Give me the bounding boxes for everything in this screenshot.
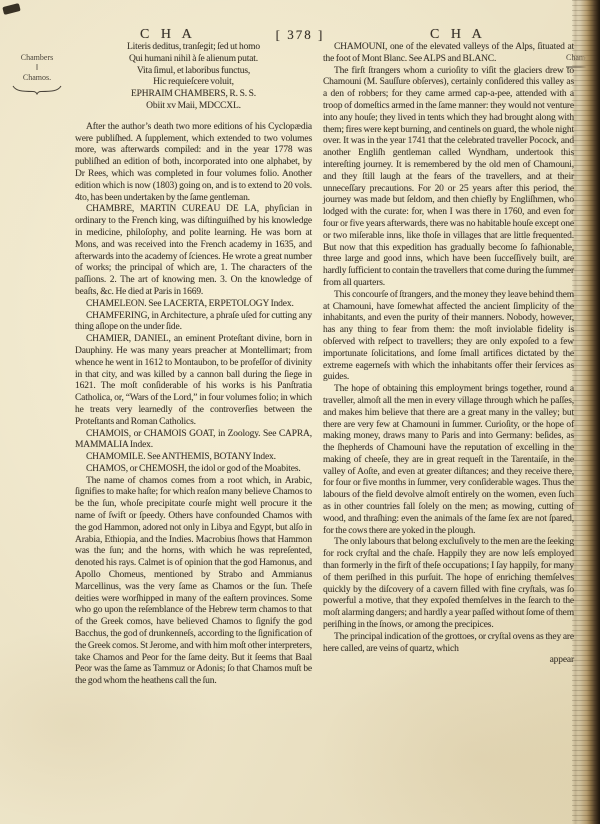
paragraph: CHAMOMILE. See ANTHEMIS, BOTANY Index. bbox=[75, 452, 312, 464]
left-column: Literis deditus, tranſegit; ſed ut homo … bbox=[75, 42, 312, 688]
epitaph-line: Hic requieſcere voluit, bbox=[75, 77, 312, 89]
paragraph: CHAMOUNI, one of the elevated valleys of… bbox=[323, 42, 574, 66]
paragraph: The firſt ſtrangers whom a curioſity to … bbox=[323, 66, 574, 290]
paragraph: After the author’s death two more editio… bbox=[75, 122, 312, 205]
page-number: [ 378 ] bbox=[276, 27, 325, 43]
epitaph-line: Qui humani nihil à ſe alienum putat. bbox=[75, 54, 312, 66]
paragraph: CHAMFERING, in Architecture, a phraſe uſ… bbox=[75, 311, 312, 335]
paragraph: The principal indication of the grottoes… bbox=[323, 632, 574, 656]
margin-note-line: Chamos. bbox=[6, 73, 68, 83]
epitaph-line: EPHRAIM CHAMBERS, R. S. S. bbox=[75, 89, 312, 101]
epitaph: Literis deditus, tranſegit; ſed ut homo … bbox=[75, 42, 312, 113]
paragraph: The only labours that belong excluſively… bbox=[323, 537, 574, 631]
underbrace-icon bbox=[12, 85, 62, 95]
epitaph-line: Literis deditus, tranſegit; ſed ut homo bbox=[75, 42, 312, 54]
margin-note-left: Chambers ‖ Chamos. bbox=[6, 53, 68, 95]
catchword: appear bbox=[323, 655, 574, 667]
paragraph: CHAMBRE, MARTIN CUREAU DE LA, phyſician … bbox=[75, 204, 312, 298]
book-edge-shadow bbox=[572, 0, 600, 824]
book-page: C H A [ 378 ] C H A Chambers ‖ Chamos. C… bbox=[0, 0, 600, 824]
paragraph: CHAMIER, DANIEL, an eminent Proteſtant d… bbox=[75, 334, 312, 428]
paragraph: CHAMELEON. See LACERTA, ERPETOLOGY Index… bbox=[75, 299, 312, 311]
paragraph: This concourſe of ſtrangers, and the mon… bbox=[323, 290, 574, 384]
epitaph-line: Vita ſimul, et laboribus functus, bbox=[75, 66, 312, 78]
margin-note-line: ‖ bbox=[6, 63, 68, 73]
epitaph-line: Obiit xv Maii, MDCCXL. bbox=[75, 101, 312, 113]
right-column: CHAMOUNI, one of the elevated valleys of… bbox=[323, 42, 574, 667]
running-title-right: C H A bbox=[430, 27, 486, 43]
paragraph: The name of chamos comes from a root whi… bbox=[75, 476, 312, 688]
paragraph: CHAMOIS, or CHAMOIS GOAT, in Zoology. Se… bbox=[75, 429, 312, 453]
margin-note-line: Chambers bbox=[6, 53, 68, 63]
running-title-left: C H A bbox=[140, 27, 196, 43]
paragraph: CHAMOS, or CHEMOSH, the idol or god of t… bbox=[75, 464, 312, 476]
paragraph: The hope of obtaining this employment br… bbox=[323, 384, 574, 537]
scan-corner-mark bbox=[2, 3, 20, 15]
